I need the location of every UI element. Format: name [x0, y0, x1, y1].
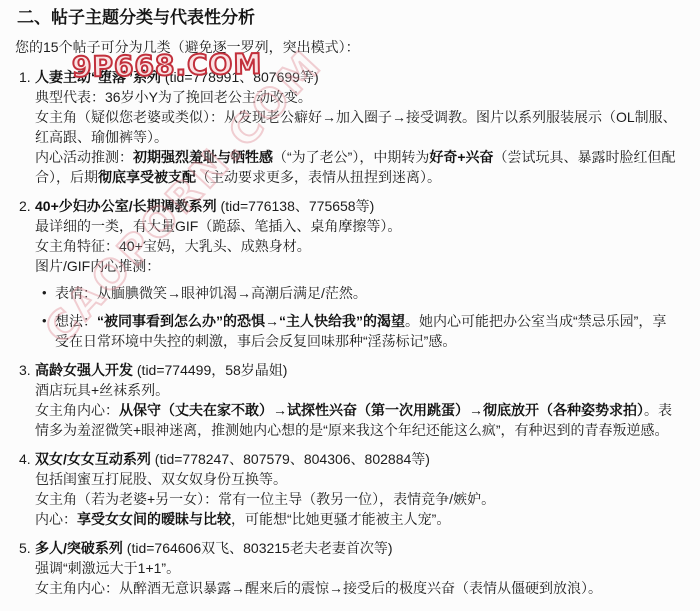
text-run: 内心活动推测： — [35, 149, 133, 165]
text-run: 最详细的一类，有大量GIF（跪舔、笔插入、桌角摩擦等）。 — [35, 218, 401, 234]
paragraph: 最详细的一类，有大量GIF（跪舔、笔插入、桌角摩擦等）。 — [35, 216, 679, 236]
paragraph: 内心活动推测：初期强烈羞耻与牺牲感（“为了老公”），中期转为好奇+兴奋（尝试玩具… — [35, 147, 679, 187]
text-run: 典型代表：36岁小Y为了挽回老公主动改变。 — [35, 89, 312, 105]
paragraph: 强调“刺激远大于1+1”。 — [35, 558, 679, 578]
item-number: 3. — [19, 360, 31, 380]
text-run-bold: “被同事看到怎么办”的恐惧→“主人快给我”的渴望 — [97, 313, 405, 329]
item-heading: 高龄女强人开发 (tid=774499，58岁晶姐) — [35, 360, 679, 380]
item-title: 40+少妇办公室/长期调教系列 — [35, 198, 217, 214]
category-item-5: 5. 多人/突破系列 (tid=764606双飞、803215老夫老妻首次等) … — [19, 538, 679, 598]
item-tid: (tid=764606双飞、803215老夫老妻首次等) — [123, 540, 393, 556]
page-title: 二、帖子主题分类与代表性分析 — [17, 7, 700, 29]
category-item-4: 4. 双女/女女互动系列 (tid=778247、807579、804306、8… — [19, 449, 679, 529]
text-run-bold: 彻底享受被支配 — [98, 169, 196, 185]
text-run-bold: 享受女女间的暧昧与比较 — [77, 511, 231, 527]
item-heading: 40+少妇办公室/长期调教系列 (tid=776138、775658等) — [35, 196, 679, 216]
bullet-item: •想法：“被同事看到怎么办”的恐惧→“主人快给我”的渴望。她内心可能把办公室当成… — [35, 311, 679, 351]
item-tid: (tid=778247、807579、804306、802884等) — [151, 451, 430, 467]
paragraph: 典型代表：36岁小Y为了挽回老公主动改变。 — [35, 87, 679, 107]
category-list: 1. 人妻主动“堕落”系列 (tid=778991、807699等) 典型代表：… — [19, 67, 700, 598]
item-title: 高龄女强人开发 — [35, 362, 133, 378]
item-title: 双女/女女互动系列 — [35, 451, 151, 467]
item-heading: 多人/突破系列 (tid=764606双飞、803215老夫老妻首次等) — [35, 538, 679, 558]
text-run: 女主角内心： — [35, 402, 119, 418]
bullet-item: •表情：从腼腆微笑→眼神饥渴→高潮后满足/茫然。 — [35, 283, 679, 303]
category-item-3: 3. 高龄女强人开发 (tid=774499，58岁晶姐) 酒店玩具+丝袜系列。… — [19, 360, 679, 440]
item-number: 4. — [19, 449, 31, 469]
text-run: 表情：从腼腆微笑→眼神饥渴→高潮后满足/茫然。 — [55, 285, 367, 301]
bullet-dot-icon: • — [42, 283, 47, 303]
bullet-dot-icon: • — [42, 311, 47, 331]
category-item-2: 2. 40+少妇办公室/长期调教系列 (tid=776138、775658等) … — [19, 196, 679, 351]
text-run: （主动要求更多，表情从扭捏到迷离）。 — [196, 169, 441, 185]
item-heading: 双女/女女互动系列 (tid=778247、807579、804306、8028… — [35, 449, 679, 469]
text-run: 女主角（疑似您老婆或类似）：从发现老公癖好→加入圈子→接受调教。图片以系列服装展… — [35, 109, 677, 145]
text-run: （“为了老公”），中期转为 — [273, 149, 429, 165]
paragraph: 女主角内心：从醉酒无意识暴露→醒来后的震惊→接受后的极度兴奋（表情从僵硬到放浪）… — [35, 578, 679, 598]
paragraph: 女主角（若为老婆+另一女）：常有一位主导（教另一位），表情竞争/嫉妒。 — [35, 489, 679, 509]
item-number: 2. — [19, 196, 31, 216]
paragraph: 包括闺蜜互打屁股、双女奴身份互换等。 — [35, 469, 679, 489]
text-run-bold: 初期强烈羞耻与牺牲感 — [133, 149, 273, 165]
item-tid: (tid=774499，58岁晶姐) — [133, 362, 287, 378]
text-run: 想法： — [55, 313, 97, 329]
intro-text: 您的15个帖子可分为几类（避免逐一罗列，突出模式）： — [15, 37, 700, 57]
item-heading: 人妻主动“堕落”系列 (tid=778991、807699等) — [35, 67, 679, 87]
item-title: 多人/突破系列 — [35, 540, 123, 556]
text-run: 女主角（若为老婆+另一女）：常有一位主导（教另一位），表情竞争/嫉妒。 — [35, 491, 495, 507]
paragraph: 图片/GIF内心推测： — [35, 256, 679, 276]
item-tid: (tid=778991、807699等) — [161, 69, 319, 85]
bullet-list: •表情：从腼腆微笑→眼神饥渴→高潮后满足/茫然。 •想法：“被同事看到怎么办”的… — [35, 283, 679, 351]
category-item-1: 1. 人妻主动“堕落”系列 (tid=778991、807699等) 典型代表：… — [19, 67, 679, 187]
item-number: 5. — [19, 538, 31, 558]
paragraph: 酒店玩具+丝袜系列。 — [35, 380, 679, 400]
text-run-bold: 好奇+兴奋 — [429, 149, 493, 165]
text-run: 图片/GIF内心推测： — [35, 258, 160, 274]
text-run: 酒店玩具+丝袜系列。 — [35, 382, 169, 398]
text-run: ，可能想“比她更骚才能被主人宠”。 — [231, 511, 450, 527]
paragraph: 女主角内心：从保守（丈夫在家不敢）→试探性兴奋（第一次用跳蛋）→彻底放开（各种姿… — [35, 400, 679, 440]
text-run: 女主角内心：从醉酒无意识暴露→醒来后的震惊→接受后的极度兴奋（表情从僵硬到放浪）… — [35, 580, 602, 596]
text-run: 内心： — [35, 511, 77, 527]
paragraph: 女主角特征：40+宝妈，大乳头、成熟身材。 — [35, 236, 679, 256]
paragraph: 内心：享受女女间的暧昧与比较，可能想“比她更骚才能被主人宠”。 — [35, 509, 679, 529]
paragraph: 女主角（疑似您老婆或类似）：从发现老公癖好→加入圈子→接受调教。图片以系列服装展… — [35, 107, 679, 147]
text-run: 包括闺蜜互打屁股、双女奴身份互换等。 — [35, 471, 287, 487]
document-page: 9P668.COM CAOPORN.COM 二、帖子主题分类与代表性分析 您的1… — [0, 7, 700, 611]
item-title: 人妻主动“堕落”系列 — [35, 69, 161, 85]
item-number: 1. — [19, 67, 31, 87]
item-tid: (tid=776138、775658等) — [217, 198, 375, 214]
text-run: 强调“刺激远大于1+1”。 — [35, 560, 180, 576]
text-run-bold: 从保守（丈夫在家不敢）→试探性兴奋（第一次用跳蛋）→彻底放开（各种姿势求拍） — [119, 402, 644, 418]
text-run: 女主角特征：40+宝妈，大乳头、成熟身材。 — [35, 238, 311, 254]
